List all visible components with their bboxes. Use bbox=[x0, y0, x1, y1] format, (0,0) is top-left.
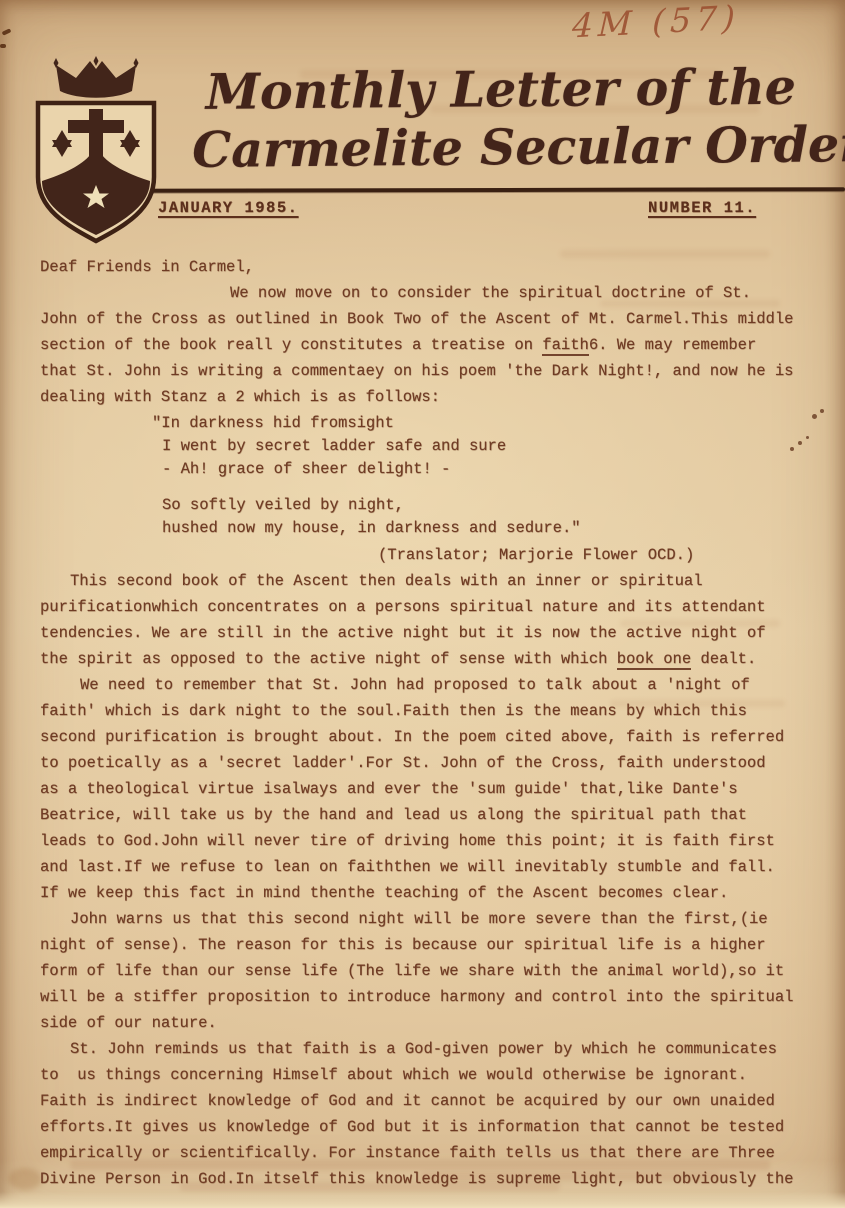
typed-line: We now move on to consider the spiritual… bbox=[40, 280, 819, 306]
typed-line: Faith is indirect knowledge of God and i… bbox=[40, 1088, 819, 1114]
typed-text: second purification is brought about. In… bbox=[40, 728, 784, 746]
poem-line: "In darkness hid fromsight bbox=[40, 412, 819, 435]
typed-text: the spirit as opposed to the active nigh… bbox=[40, 650, 617, 668]
typed-text: to poetically as a 'secret ladder'.For S… bbox=[40, 754, 766, 772]
typed-line: John warns us that this second night wil… bbox=[40, 906, 819, 932]
masthead-rule bbox=[116, 187, 845, 193]
typed-text: dealt. bbox=[691, 650, 756, 668]
typed-line: as a theological virtue isalways and eve… bbox=[40, 776, 819, 802]
poem-line: I went by secret ladder safe and sure bbox=[40, 435, 819, 458]
typed-line: efforts.It gives us knowledge of God but… bbox=[40, 1114, 819, 1140]
typed-text: Beatrice, will take us by the hand and l… bbox=[40, 806, 747, 824]
scan-smudge bbox=[8, 1168, 42, 1190]
crown-icon bbox=[56, 61, 136, 98]
scan-speck bbox=[820, 409, 824, 413]
typed-line: Divine Person in God.In itself this know… bbox=[40, 1166, 819, 1192]
issue-number: NUMBER 11. bbox=[648, 199, 756, 217]
typed-line: faith' which is dark night to the soul.F… bbox=[40, 698, 819, 724]
page-edge bbox=[0, 1192, 845, 1208]
typed-text: night of sense). The reason for this is … bbox=[40, 936, 766, 954]
typed-text: St. John reminds us that faith is a God-… bbox=[70, 1040, 777, 1058]
typed-text: Divine Person in God.In itself this know… bbox=[40, 1170, 793, 1188]
typed-text: - Ah! grace of sheer delight! - bbox=[162, 460, 450, 478]
typed-line: side of our nature. bbox=[40, 1010, 819, 1036]
handwritten-annotation: 4M (57) bbox=[571, 0, 740, 45]
carmelite-crest-icon bbox=[30, 56, 162, 248]
typed-text: tendencies. We are still in the active n… bbox=[40, 624, 766, 642]
typed-text: leads to God.John will never tire of dri… bbox=[40, 832, 775, 850]
poem-line: So softly veiled by night, bbox=[40, 494, 819, 517]
typed-line: John of the Cross as outlined in Book Tw… bbox=[40, 306, 819, 332]
typed-text: dealing with Stanz a 2 which is as follo… bbox=[40, 388, 440, 406]
typed-text: hushed now my house, in darkness and sed… bbox=[162, 519, 581, 537]
typed-line: Deaf Friends in Carmel, bbox=[40, 254, 819, 280]
typed-text: Faith is indirect knowledge of God and i… bbox=[40, 1092, 775, 1110]
underlined-text: book one bbox=[617, 650, 691, 670]
typed-line: that St. John is writing a commentaey on… bbox=[40, 358, 819, 384]
typed-text: "In darkness hid fromsight bbox=[152, 414, 394, 432]
typed-line: (Translator; Marjorie Flower OCD.) bbox=[40, 542, 819, 568]
typed-line: dealing with Stanz a 2 which is as follo… bbox=[40, 384, 819, 410]
typed-line: If we keep this fact in mind thenthe tea… bbox=[40, 880, 819, 906]
typed-text: that St. John is writing a commentaey on… bbox=[40, 362, 793, 380]
typed-line: to poetically as a 'secret ladder'.For S… bbox=[40, 750, 819, 776]
typed-text: I went by secret ladder safe and sure bbox=[162, 437, 506, 455]
typed-line: leads to God.John will never tire of dri… bbox=[40, 828, 819, 854]
typed-line: to us things concerning Himself about wh… bbox=[40, 1062, 819, 1088]
typed-text: side of our nature. bbox=[40, 1014, 217, 1032]
cross-icon bbox=[68, 120, 124, 133]
typed-text: as a theological virtue isalways and eve… bbox=[40, 780, 738, 798]
typed-line: tendencies. We are still in the active n… bbox=[40, 620, 819, 646]
typed-line: empirically or scientifically. For insta… bbox=[40, 1140, 819, 1166]
crown-star-icon bbox=[94, 56, 99, 66]
typed-text: Deaf Friends in Carmel, bbox=[40, 258, 254, 276]
typed-line: will be a stiffer proposition to introdu… bbox=[40, 984, 819, 1010]
typed-text: and last.If we refuse to lean on faithth… bbox=[40, 858, 775, 876]
poem-line: hushed now my house, in darkness and sed… bbox=[40, 517, 819, 540]
typed-text: empirically or scientifically. For insta… bbox=[40, 1144, 775, 1162]
newsletter-title-line1: Monthly Letter of the bbox=[192, 57, 845, 121]
typed-text: purificationwhich concentrates on a pers… bbox=[40, 598, 766, 616]
typed-text: This second book of the Ascent then deal… bbox=[70, 572, 703, 590]
underlined-text: faith bbox=[542, 336, 589, 356]
typed-text: John warns us that this second night wil… bbox=[70, 910, 768, 928]
typed-text: form of life than our sense life (The li… bbox=[40, 962, 784, 980]
typed-line: the spirit as opposed to the active nigh… bbox=[40, 646, 819, 672]
typed-text: We need to remember that St. John had pr… bbox=[80, 676, 750, 694]
cross-icon bbox=[89, 109, 103, 159]
typed-line: section of the book reall y constitutes … bbox=[40, 332, 819, 358]
issue-date: JANUARY 1985. bbox=[158, 199, 298, 217]
typed-line: night of sense). The reason for this is … bbox=[40, 932, 819, 958]
typed-text: We now move on to consider the spiritual… bbox=[230, 284, 751, 302]
typed-text: If we keep this fact in mind thenthe tea… bbox=[40, 884, 728, 902]
typed-text: will be a stiffer proposition to introdu… bbox=[40, 988, 793, 1006]
typed-text: to us things concerning Himself about wh… bbox=[40, 1066, 747, 1084]
typed-line: Beatrice, will take us by the hand and l… bbox=[40, 802, 819, 828]
typed-line: We need to remember that St. John had pr… bbox=[40, 672, 819, 698]
typed-line: St. John reminds us that faith is a God-… bbox=[40, 1036, 819, 1062]
letter-body: Deaf Friends in Carmel,We now move on to… bbox=[40, 254, 819, 1192]
poem-line: - Ah! grace of sheer delight! - bbox=[40, 458, 819, 481]
scan-speck bbox=[0, 44, 6, 48]
newsletter-title-line2: Carmelite Secular Order bbox=[192, 115, 845, 179]
typed-text: section of the book reall y constitutes … bbox=[40, 336, 542, 354]
newsletter-title: Monthly Letter of the Carmelite Secular … bbox=[192, 57, 845, 179]
typed-line: and last.If we refuse to lean on faithth… bbox=[40, 854, 819, 880]
scanned-letter-page: 4M (57) bbox=[0, 0, 845, 1208]
scan-speck bbox=[2, 28, 12, 35]
typed-text: 6. We may remember bbox=[589, 336, 756, 354]
typed-line: form of life than our sense life (The li… bbox=[40, 958, 819, 984]
typed-line: This second book of the Ascent then deal… bbox=[40, 568, 819, 594]
typed-line: second purification is brought about. In… bbox=[40, 724, 819, 750]
typed-line: purificationwhich concentrates on a pers… bbox=[40, 594, 819, 620]
typed-text: faith' which is dark night to the soul.F… bbox=[40, 702, 747, 720]
typed-text: (Translator; Marjorie Flower OCD.) bbox=[378, 546, 694, 564]
typed-text: So softly veiled by night, bbox=[162, 496, 404, 514]
typed-text: efforts.It gives us knowledge of God but… bbox=[40, 1118, 784, 1136]
typed-text: John of the Cross as outlined in Book Tw… bbox=[40, 310, 793, 328]
